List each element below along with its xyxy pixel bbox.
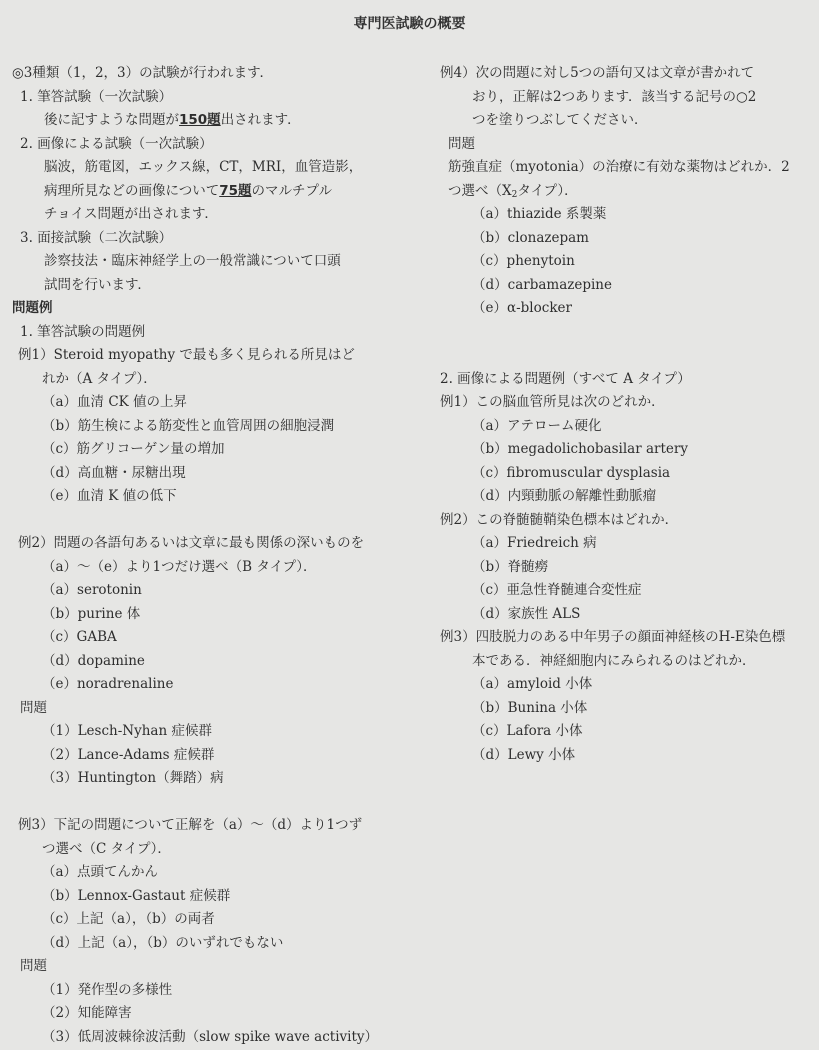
problem-item: （3）Huntington（舞踏）病 (12, 767, 412, 791)
problem-text: つ選べ（X2タイプ）． (440, 180, 815, 204)
option: （c）筋グリコーゲン量の増加 (12, 438, 412, 462)
exam-3-heading: 3. 面接試験（二次試験） (12, 227, 412, 251)
option: （d）高血糖・尿糖出現 (12, 462, 412, 486)
example-4-question: つを塗りつぶしてください． (440, 109, 815, 133)
exam-number: 3. (20, 230, 33, 246)
option: （d）carbamazepine (440, 274, 815, 298)
problem-label: 問題 (12, 697, 412, 721)
question-count: 150題 (179, 112, 221, 128)
problem-item: （1）発作型の多様性 (12, 979, 412, 1003)
option: （e）血清 K 値の低下 (12, 485, 412, 509)
option: （c）phenytoin (440, 250, 815, 274)
exam-number: 2. (20, 136, 33, 152)
example-1-question: 例1）Steroid myopathy で最も多く見られる所見はど (12, 344, 412, 368)
example-2-question: （a）～（e）より1つだけ選べ（B タイプ）． (12, 556, 412, 580)
examples-heading: 問題例 (12, 297, 412, 321)
option: （d）Lewy 小体 (440, 744, 815, 768)
option: （b）clonazepam (440, 227, 815, 251)
option: （e）α-blocker (440, 297, 815, 321)
option: （a）血清 CK 値の上昇 (12, 391, 412, 415)
option: （c）GABA (12, 626, 412, 650)
right-column: 例4）次の問題に対し5つの語句又は文章が書かれて おり，正解は2つあります．該当… (440, 62, 815, 767)
option: （c）fibromuscular dysplasia (440, 462, 815, 486)
example-3-question: つ選べ（C タイプ）． (12, 838, 412, 862)
option: （b）脊髄癆 (440, 556, 815, 580)
option: （a）アテローム硬化 (440, 415, 815, 439)
option: （a）amyloid 小体 (440, 673, 815, 697)
left-column: ◎3種類（1，2，3）の試験が行われます． 1. 筆答試験（一次試験） 後に記す… (12, 62, 412, 1049)
page-title: 専門医試験の概要 (0, 13, 819, 33)
option: （a）thiazide 系製薬 (440, 203, 815, 227)
image-example-2-question: 例2）この脊髄髄鞘染色標本はどれか． (440, 509, 815, 533)
example-4-question: 例4）次の問題に対し5つの語句又は文章が書かれて (440, 62, 815, 86)
option: （d）家族性 ALS (440, 603, 815, 627)
exam-name: 筆答試験（一次試験） (37, 89, 172, 105)
exam-3-desc-line: 試問を行います． (12, 274, 412, 298)
problem-text-part: タイプ）． (517, 183, 577, 199)
spacer (440, 321, 815, 345)
option: （a）Friedreich 病 (440, 532, 815, 556)
image-example-1-question: 例1）この脳血管所見は次のどれか． (440, 391, 815, 415)
problem-item: （1）Lesch-Nyhan 症候群 (12, 720, 412, 744)
exam-name: 画像による試験（一次試験） (37, 136, 213, 152)
spacer (12, 791, 412, 815)
desc-text: 病理所見などの画像について (44, 183, 219, 199)
spacer (12, 509, 412, 533)
option: （b）筋生検による筋変性と血管周囲の細胞浸潤 (12, 415, 412, 439)
exam-1-heading: 1. 筆答試験（一次試験） (12, 86, 412, 110)
desc-text: 出されます． (221, 112, 301, 128)
question-count: 75題 (219, 183, 251, 199)
option: （c）亜急性脊髄連合変性症 (440, 579, 815, 603)
option: （d）上記（a），（b）のいずれでもない (12, 932, 412, 956)
option: （c）上記（a），（b）の両者 (12, 908, 412, 932)
option: （b）Bunina 小体 (440, 697, 815, 721)
option: （c）Lafora 小体 (440, 720, 815, 744)
option: （b）Lennox-Gastaut 症候群 (12, 885, 412, 909)
intro-text: ◎3種類（1，2，3）の試験が行われます． (12, 62, 412, 86)
problem-item: （3）低周波棘徐波活動（slow spike wave activity） (12, 1026, 412, 1050)
desc-text: 後に記すような問題が (44, 112, 179, 128)
problem-item: （2）知能障害 (12, 1002, 412, 1026)
option: （e）noradrenaline (12, 673, 412, 697)
problem-label: 問題 (12, 955, 412, 979)
exam-2-heading: 2. 画像による試験（一次試験） (12, 133, 412, 157)
exam-2-desc-line: 脳波，筋電図，エックス線，CT，MRI，血管造影， (12, 156, 412, 180)
problem-text: 筋強直症（myotonia）の治療に有効な薬物はどれか．2 (440, 156, 815, 180)
problem-label: 問題 (440, 133, 815, 157)
section-2-heading: 2. 画像による問題例（すべて A タイプ） (440, 368, 815, 392)
example-2-question: 例2）問題の各語句あるいは文章に最も関係の深いものを (12, 532, 412, 556)
option: （a）serotonin (12, 579, 412, 603)
option: （a）点頭てんかん (12, 861, 412, 885)
option: （b）megadolichobasilar artery (440, 438, 815, 462)
option: （d）dopamine (12, 650, 412, 674)
desc-text: のマルチプル (252, 183, 332, 199)
exam-1-desc: 後に記すような問題が150題出されます． (12, 109, 412, 133)
option: （d）内頸動脈の解離性動脈瘤 (440, 485, 815, 509)
spacer (440, 344, 815, 368)
example-1-question: れか（A タイプ）． (12, 368, 412, 392)
exam-number: 1. (20, 89, 33, 105)
option: （b）purine 体 (12, 603, 412, 627)
section-1-heading: 1. 筆答試験の問題例 (12, 321, 412, 345)
problem-text-part: つ選べ（X (448, 183, 512, 199)
exam-name: 面接試験（二次試験） (37, 230, 172, 246)
example-4-question: おり，正解は2つあります．該当する記号の○2 (440, 86, 815, 110)
example-3-question: 例3）下記の問題について正解を（a）～（d）より1つず (12, 814, 412, 838)
image-example-3-question: 本である．神経細胞内にみられるのはどれか． (440, 650, 815, 674)
image-example-3-question: 例3）四肢脱力のある中年男子の顔面神経核のH-E染色標 (440, 626, 815, 650)
exam-2-desc-line: 病理所見などの画像について75題のマルチプル (12, 180, 412, 204)
exam-2-desc-line: チョイス問題が出されます． (12, 203, 412, 227)
problem-item: （2）Lance-Adams 症候群 (12, 744, 412, 768)
exam-3-desc-line: 診察技法・臨床神経学上の一般常識について口頭 (12, 250, 412, 274)
